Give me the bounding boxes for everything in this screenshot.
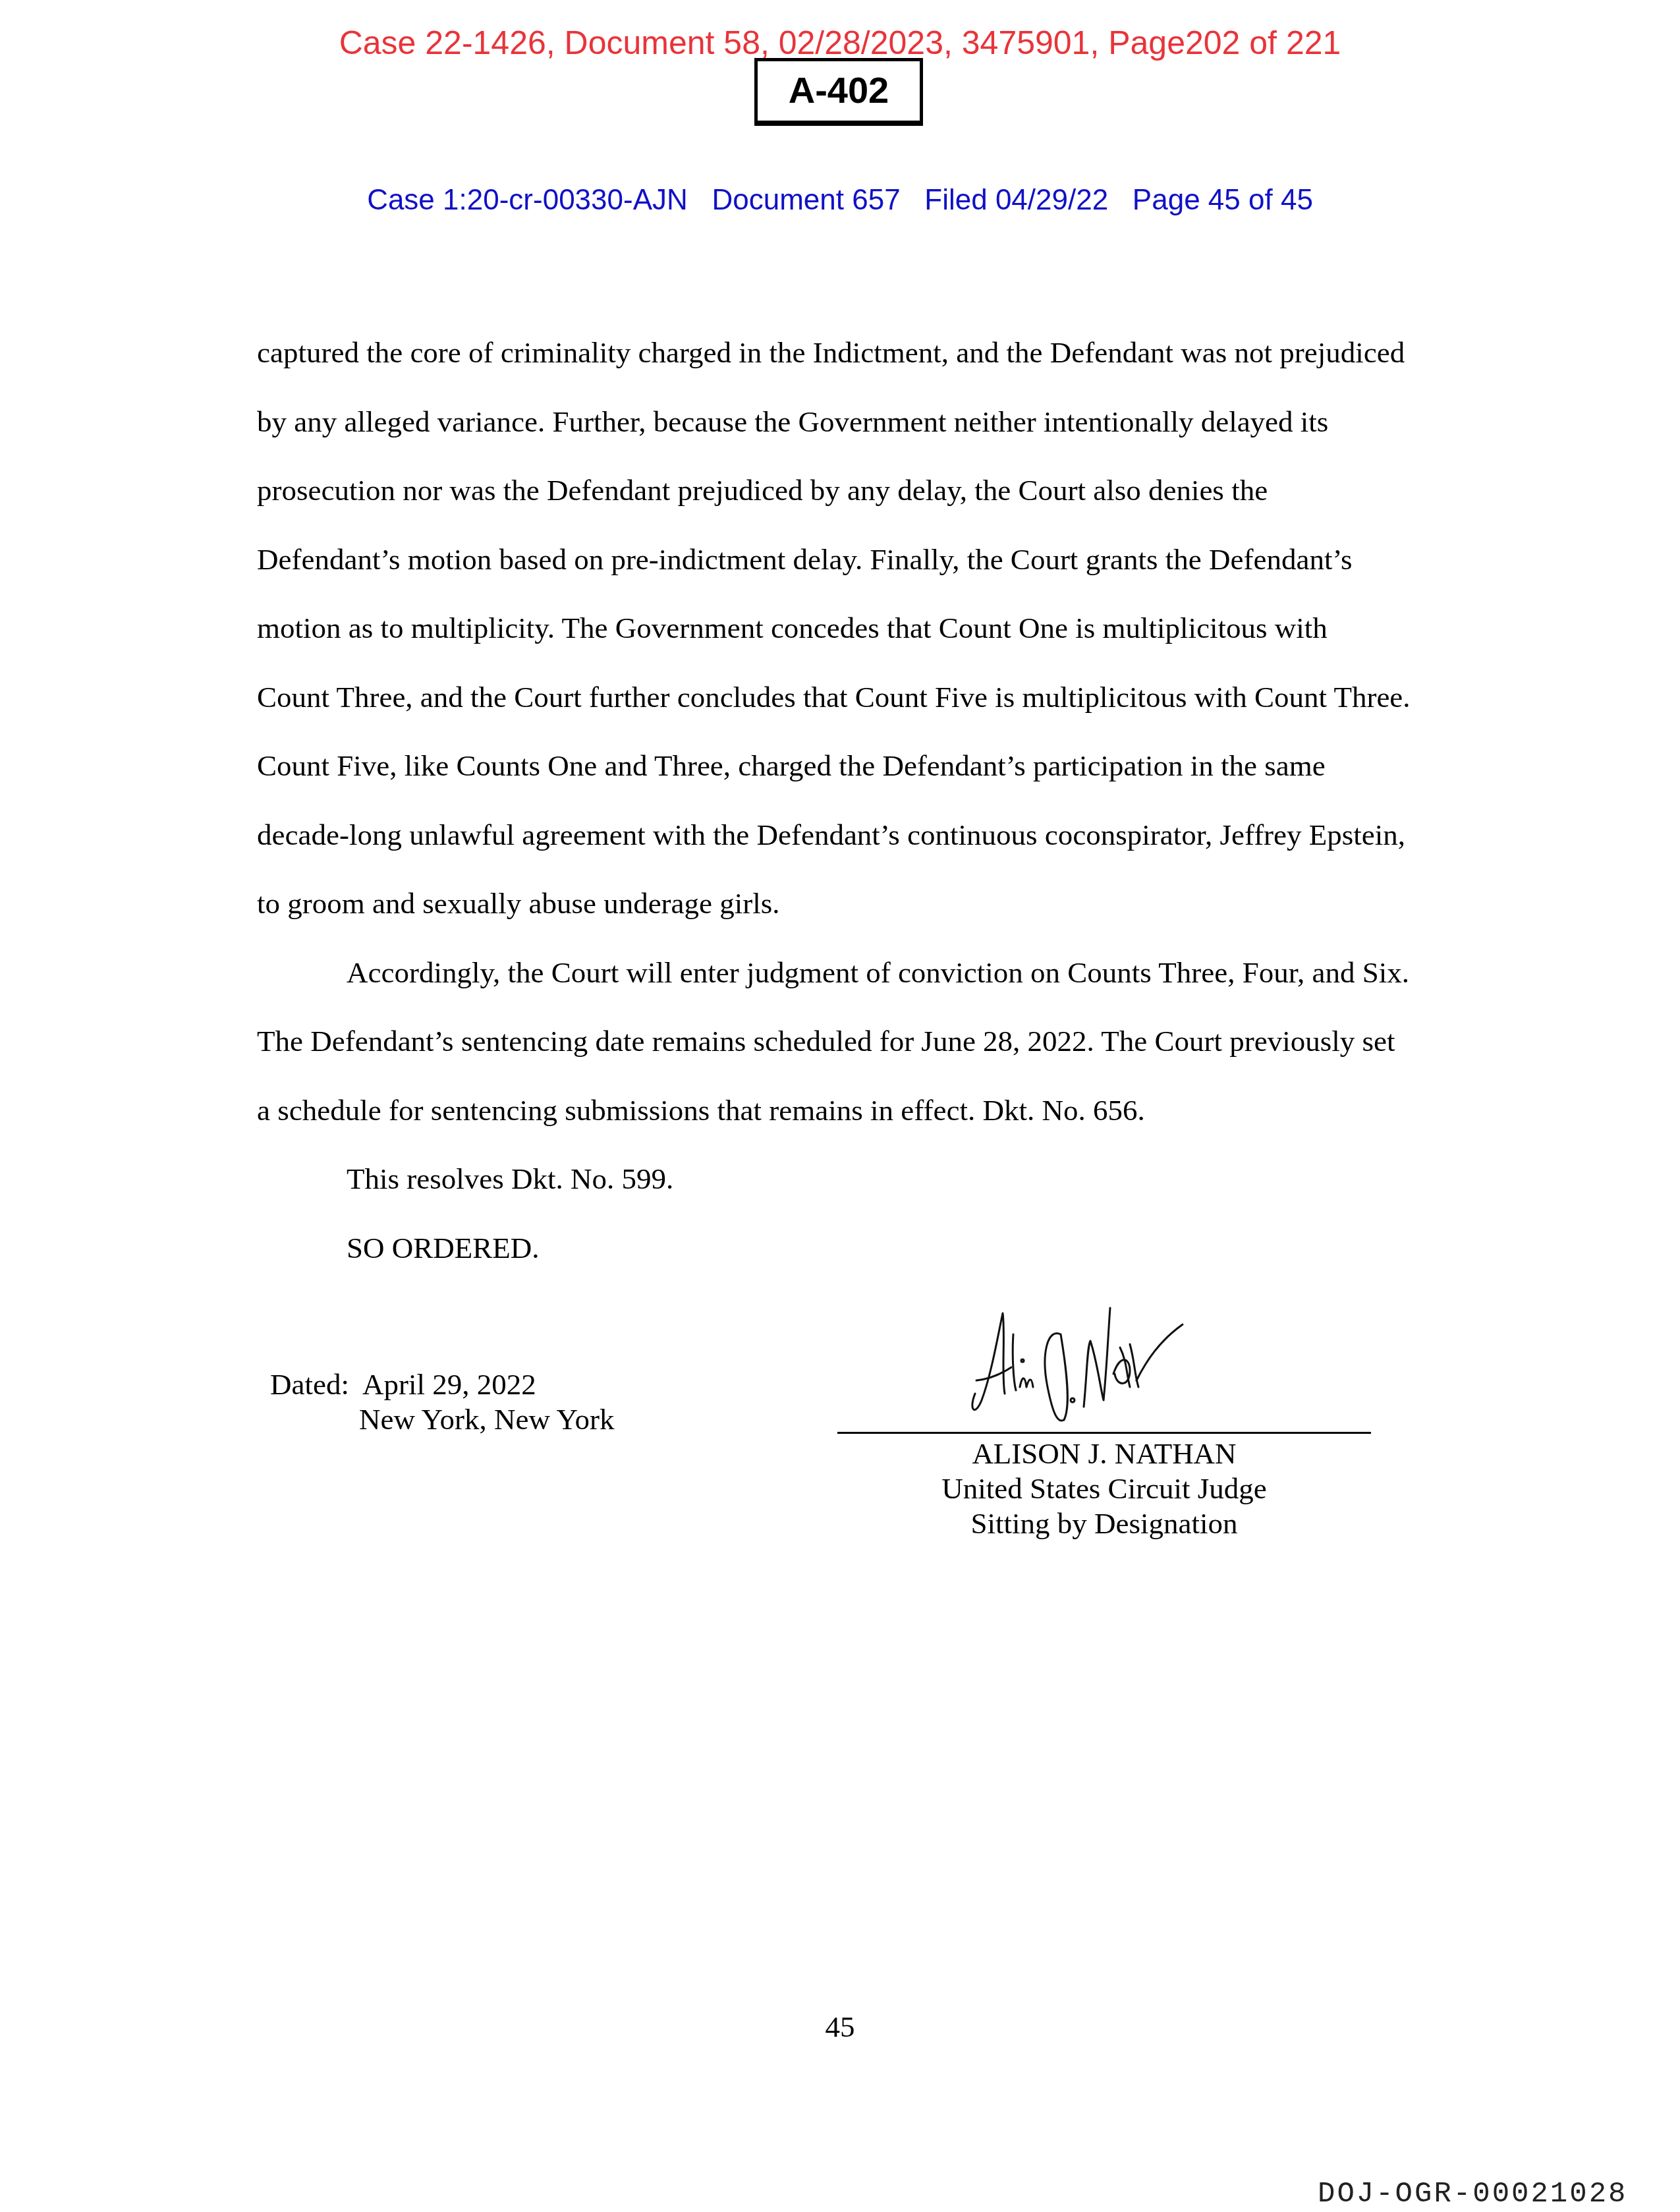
judge-name: ALISON J. NATHAN: [837, 1436, 1371, 1471]
body-line: decade-long unlawful agreement with the …: [257, 815, 1423, 884]
signature-line: [837, 1432, 1371, 1434]
body-line: Defendant’s motion based on pre-indictme…: [257, 540, 1423, 609]
dated-block: Dated: April 29, 2022 New York, New York: [270, 1367, 615, 1437]
body-line: Count Three, and the Court further concl…: [257, 677, 1423, 747]
judge-designation: Sitting by Designation: [837, 1506, 1371, 1541]
body-line: SO ORDERED.: [257, 1228, 1423, 1297]
body-line: Accordingly, the Court will enter judgme…: [257, 953, 1423, 1022]
exhibit-label-box: A-402: [754, 58, 923, 126]
dated-place: New York, New York: [270, 1403, 615, 1436]
signature-block: ALISON J. NATHAN United States Circuit J…: [837, 1436, 1371, 1541]
order-body: captured the core of criminality charged…: [257, 333, 1423, 1297]
body-line: prosecution nor was the Defendant prejud…: [257, 470, 1423, 540]
judge-title: United States Circuit Judge: [837, 1471, 1371, 1506]
dated-date: April 29, 2022: [362, 1368, 536, 1401]
body-line: to groom and sexually abuse underage gir…: [257, 884, 1423, 953]
dated-label: Dated:: [270, 1368, 349, 1401]
page-number: 45: [0, 2010, 1680, 2044]
signature-icon: [962, 1295, 1278, 1427]
body-line: captured the core of criminality charged…: [257, 333, 1423, 402]
district-case-stamp: Case 1:20-cr-00330-AJN Document 657 File…: [0, 186, 1680, 215]
body-line: a schedule for sentencing submissions th…: [257, 1091, 1423, 1160]
body-line: This resolves Dkt. No. 599.: [257, 1159, 1423, 1228]
bates-number: DOJ-OGR-00021028: [1318, 2178, 1627, 2211]
body-line: by any alleged variance. Further, becaus…: [257, 402, 1423, 471]
exhibit-label: A-402: [789, 69, 889, 111]
appeal-case-stamp: Case 22-1426, Document 58, 02/28/2023, 3…: [0, 26, 1680, 59]
body-line: motion as to multiplicity. The Governmen…: [257, 608, 1423, 677]
body-line: The Defendant’s sentencing date remains …: [257, 1021, 1423, 1091]
body-line: Count Five, like Counts One and Three, c…: [257, 746, 1423, 815]
